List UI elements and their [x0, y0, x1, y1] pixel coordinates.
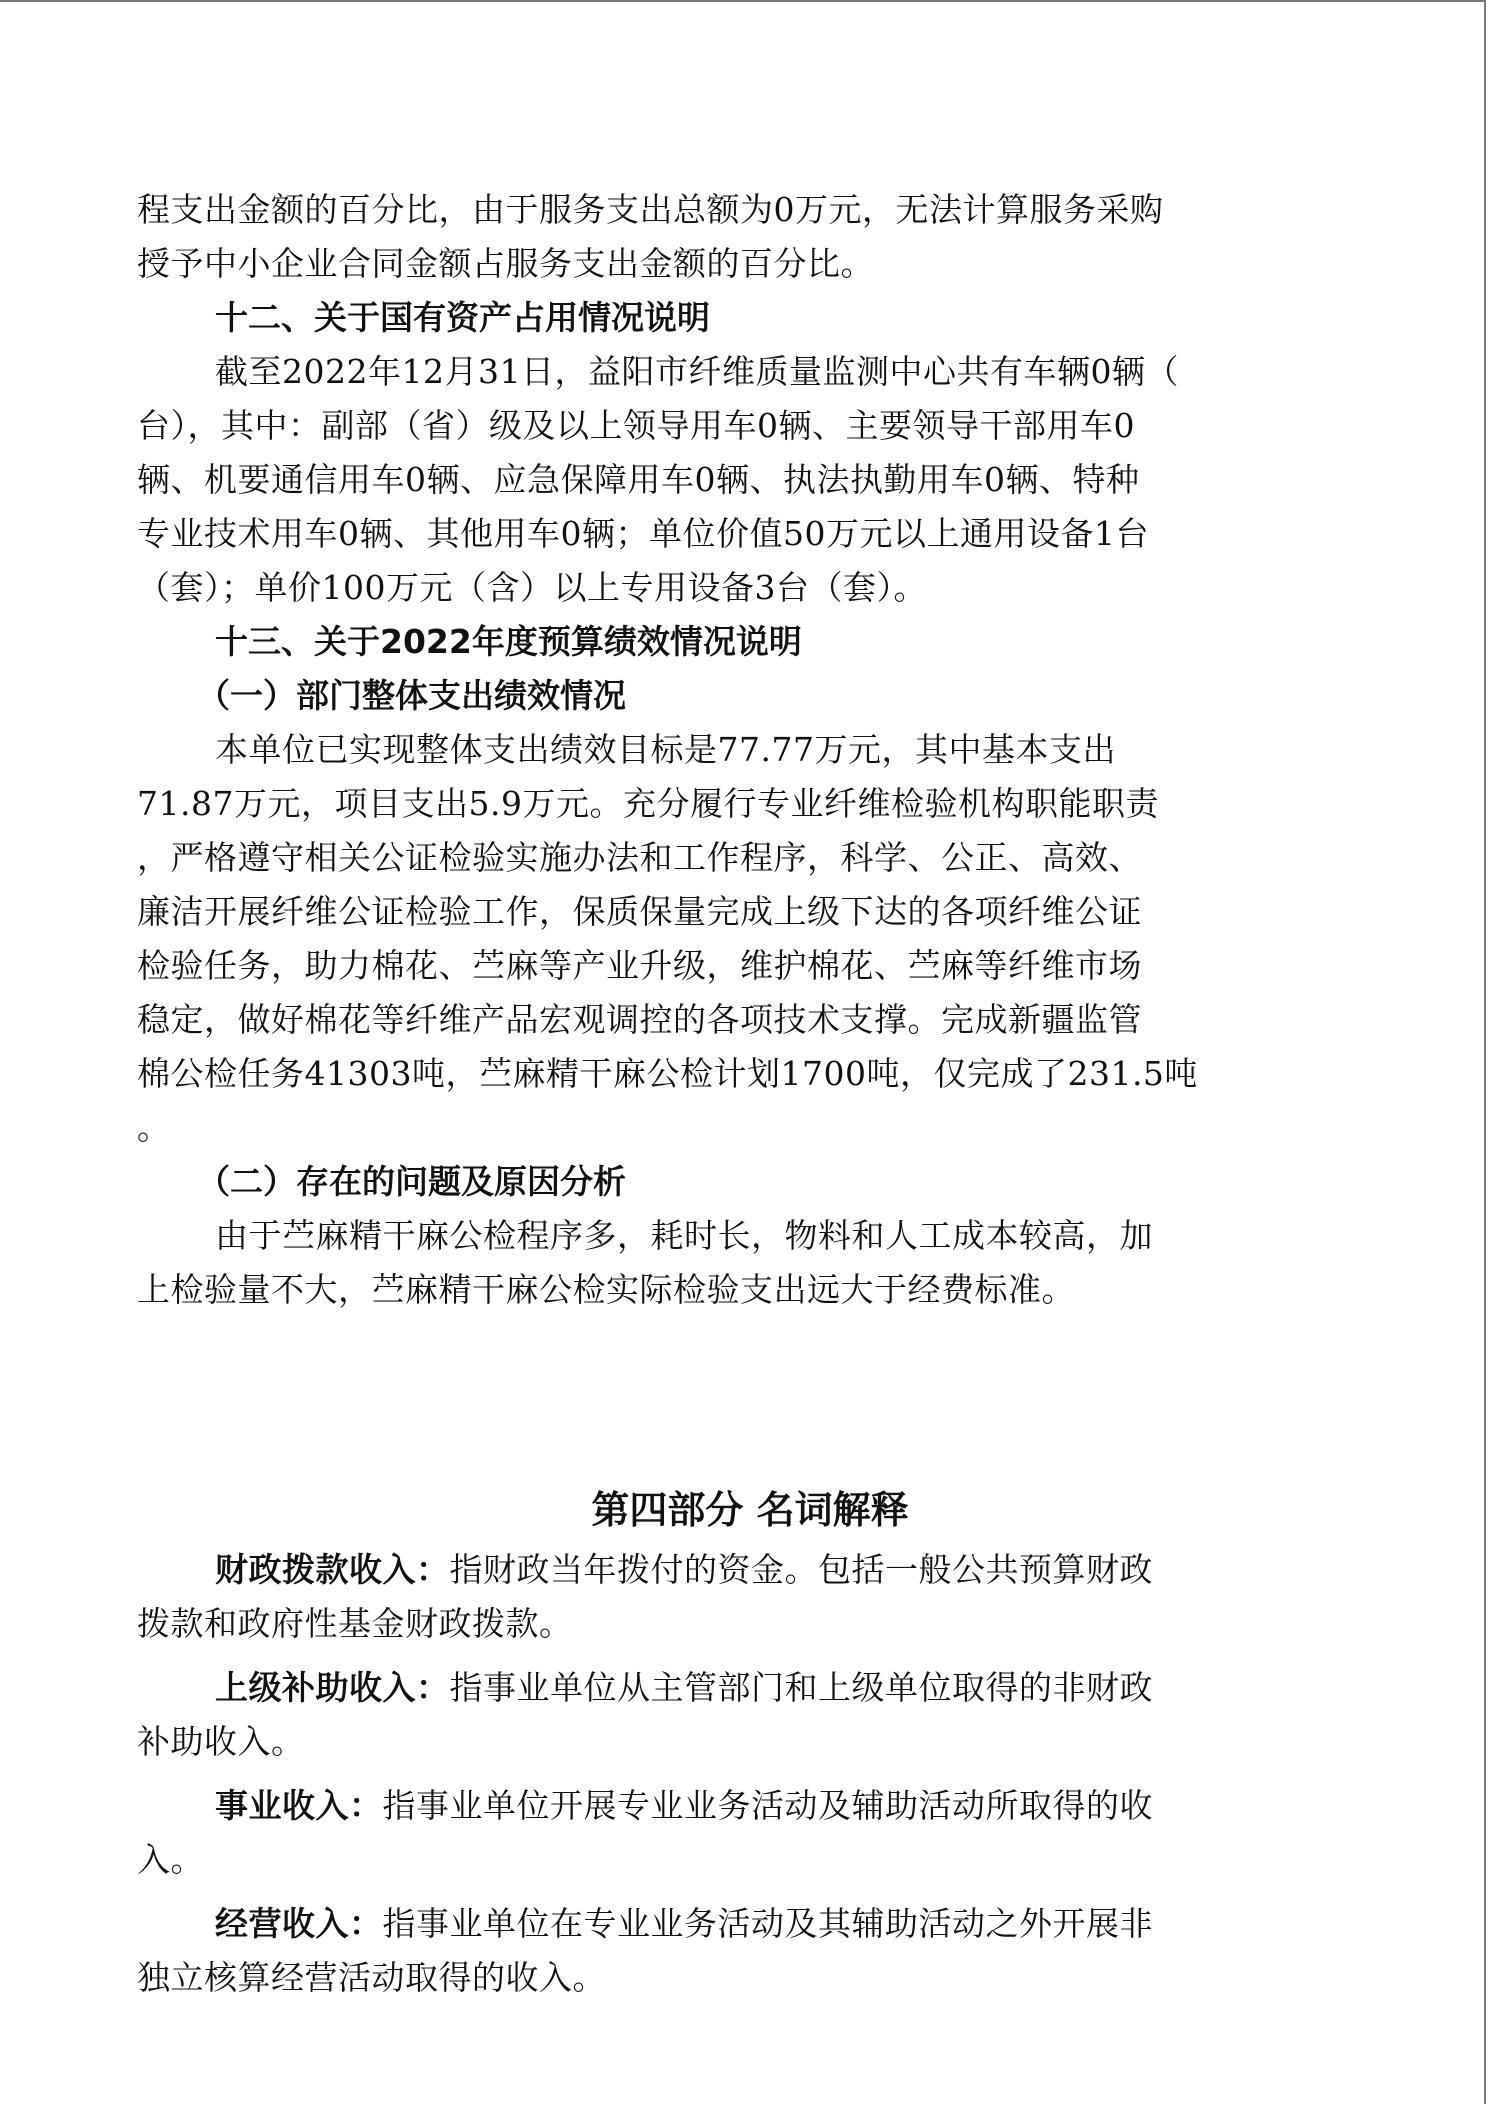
text-line: 71.87万元，项目支出5.9万元。充分履行专业纤维检验机构职能职责 [137, 777, 1353, 831]
glossary-entry: 事业收入：指事业单位开展专业业务活动及辅助活动所取得的收 入。 [137, 1779, 1353, 1887]
text-line: 。 [137, 1101, 1353, 1155]
glossary-entry: 上级补助收入：指事业单位从主管部门和上级单位取得的非财政 补助收入。 [137, 1661, 1353, 1769]
text-line: 辆、机要通信用车0辆、应急保障用车0辆、执法执勤用车0辆、特种 [137, 453, 1353, 507]
subsection-heading-2: （二）存在的问题及原因分析 [137, 1155, 1353, 1209]
text-line: 稳定，做好棉花等纤维产品宏观调控的各项技术支撑。完成新疆监管 [137, 993, 1353, 1047]
subsection-overall-performance: （一）部门整体支出绩效情况 本单位已实现整体支出绩效目标是77.77万元，其中基… [137, 669, 1353, 1155]
glossary-definition-cont: 拨款和政府性基金财政拨款。 [137, 1597, 1353, 1651]
text-line: 本单位已实现整体支出绩效目标是77.77万元，其中基本支出 [137, 723, 1353, 777]
glossary-term: 财政拨款收入： [215, 1550, 450, 1589]
text-line: 廉洁开展纤维公证检验工作，保质保量完成上级下达的各项纤维公证 [137, 885, 1353, 939]
text-line: （套）；单价100万元（含）以上专用设备3台（套）。 [137, 561, 1353, 615]
glossary-definition-cont: 入。 [137, 1833, 1353, 1887]
glossary-definition: 指事业单位开展专业业务活动及辅助活动所取得的收 [383, 1786, 1154, 1825]
spacer [137, 1769, 1353, 1779]
part-title: 第四部分 名词解释 [137, 1477, 1353, 1543]
subsection-problems-analysis: （二）存在的问题及原因分析 由于苎麻精干麻公检程序多，耗时长，物料和人工成本较高… [137, 1155, 1353, 1317]
text-line: 截至2022年12月31日，益阳市纤维质量监测中心共有车辆0辆（ [137, 345, 1353, 399]
glossary-term: 经营收入： [215, 1904, 383, 1943]
spacer [137, 1651, 1353, 1661]
section-heading-13: 十三、关于2022年度预算绩效情况说明 [137, 615, 1353, 669]
text-line: 台），其中：副部（省）级及以上领导用车0辆、主要领导干部用车0 [137, 399, 1353, 453]
subsection-heading-1: （一）部门整体支出绩效情况 [137, 669, 1353, 723]
text-line: 专业技术用车0辆、其他用车0辆；单位价值50万元以上通用设备1台 [137, 507, 1353, 561]
glossary-definition: 指财政当年拨付的资金。包括一般公共预算财政 [450, 1550, 1154, 1589]
glossary-term: 事业收入： [215, 1786, 383, 1825]
glossary-definition: 指事业单位从主管部门和上级单位取得的非财政 [450, 1668, 1154, 1707]
text-line: 棉公检任务41303吨，苎麻精干麻公检计划1700吨，仅完成了231.5吨 [137, 1047, 1353, 1101]
glossary-definition: 指事业单位在专业业务活动及其辅助活动之外开展非 [383, 1904, 1154, 1943]
text-line: 上检验量不大，苎麻精干麻公检实际检验支出远大于经费标准。 [137, 1263, 1353, 1317]
section-performance: 十三、关于2022年度预算绩效情况说明 （一）部门整体支出绩效情况 本单位已实现… [137, 615, 1353, 1317]
spacer [137, 1317, 1353, 1477]
section-heading-12: 十二、关于国有资产占用情况说明 [137, 291, 1353, 345]
text-line: 由于苎麻精干麻公检程序多，耗时长，物料和人工成本较高，加 [137, 1209, 1353, 1263]
text-line: 程支出金额的百分比，由于服务支出总额为0万元，无法计算服务采购 [137, 183, 1353, 237]
glossary-entry: 经营收入：指事业单位在专业业务活动及其辅助活动之外开展非 独立核算经营活动取得的… [137, 1897, 1353, 2005]
glossary-term: 上级补助收入： [215, 1668, 450, 1707]
document-page: 程支出金额的百分比，由于服务支出总额为0万元，无法计算服务采购 授予中小企业合同… [0, 0, 1486, 2104]
part-glossary: 第四部分 名词解释 财政拨款收入：指财政当年拨付的资金。包括一般公共预算财政 拨… [137, 1477, 1353, 2005]
text-line: 检验任务，助力棉花、苎麻等产业升级，维护棉花、苎麻等纤维市场 [137, 939, 1353, 993]
glossary-entry: 财政拨款收入：指财政当年拨付的资金。包括一般公共预算财政 拨款和政府性基金财政拨… [137, 1543, 1353, 1651]
text-line: ，严格遵守相关公证检验实施办法和工作程序，科学、公正、高效、 [137, 831, 1353, 885]
page-content: 程支出金额的百分比，由于服务支出总额为0万元，无法计算服务采购 授予中小企业合同… [137, 183, 1353, 2005]
paragraph-procurement-continuation: 程支出金额的百分比，由于服务支出总额为0万元，无法计算服务采购 授予中小企业合同… [137, 183, 1353, 291]
section-state-assets: 十二、关于国有资产占用情况说明 截至2022年12月31日，益阳市纤维质量监测中… [137, 291, 1353, 615]
glossary-definition-cont: 补助收入。 [137, 1715, 1353, 1769]
glossary-definition-cont: 独立核算经营活动取得的收入。 [137, 1951, 1353, 2005]
text-line: 授予中小企业合同金额占服务支出金额的百分比。 [137, 237, 1353, 291]
spacer [137, 1887, 1353, 1897]
